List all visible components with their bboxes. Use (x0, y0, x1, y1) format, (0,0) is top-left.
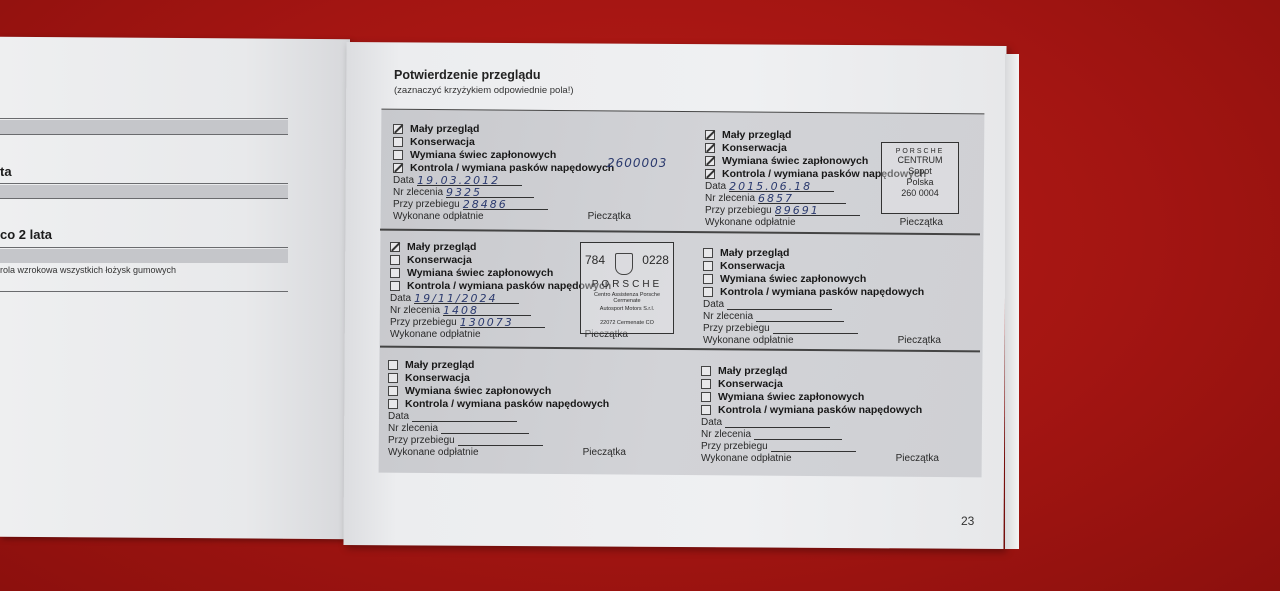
checkbox-row[interactable]: Kontrola / wymiana pasków napędowych (388, 397, 678, 410)
checkbox-label: Mały przegląd (410, 123, 479, 135)
checkbox-label: Konserwacja (407, 254, 472, 266)
checkbox-row[interactable]: Kontrola / wymiana pasków napędowych (703, 285, 993, 298)
checkbox-label: Wymiana świec zapłonowych (720, 273, 866, 285)
order-no-field[interactable]: Nr zlecenia (388, 422, 678, 434)
checkbox[interactable] (393, 124, 403, 134)
checkbox[interactable] (705, 130, 715, 140)
checkbox[interactable] (703, 261, 713, 271)
checkbox[interactable] (701, 366, 711, 376)
checkbox-label: Wymiana świec zapłonowych (405, 385, 551, 397)
field-value[interactable]: 19.03.2012 (417, 174, 522, 186)
service-entry: Mały przeglądKonserwacjaWymiana świec za… (390, 240, 680, 355)
paid-label: Wykonane odpłatnie (705, 217, 796, 228)
checkbox-label: Konserwacja (718, 378, 783, 390)
stamp-label: Pieczątka (900, 217, 943, 228)
field-value[interactable] (441, 422, 529, 434)
checkbox-row[interactable]: Kontrola / wymiana pasków napędowych (701, 403, 991, 416)
checkbox-row[interactable]: Wymiana świec zapłonowych (388, 384, 678, 397)
field-value[interactable]: 19/11/2024 (414, 292, 519, 304)
field-value[interactable] (771, 440, 856, 452)
dealer-number: 2600003 (607, 156, 667, 170)
field-label: Przy przebiegu (701, 441, 768, 452)
stamp-line: Autosport Motors S.r.l. (581, 306, 673, 312)
checkbox[interactable] (388, 360, 398, 370)
dealer-stamp: 7840228PORSCHECentro Assistenza Porsche … (580, 242, 674, 334)
field-label: Nr zlecenia (701, 429, 751, 440)
field-label: Przy przebiegu (393, 199, 460, 210)
stamp-line: 22072 Cermenate CO (581, 320, 673, 326)
checkbox[interactable] (705, 143, 715, 153)
checkbox-row[interactable]: Konserwacja (703, 259, 993, 272)
field-value[interactable] (727, 298, 832, 310)
field-label: Nr zlecenia (703, 311, 753, 322)
checkbox-row[interactable]: Wymiana świec zapłonowych (701, 390, 991, 403)
checkbox-label: Wymiana świec zapłonowych (410, 149, 556, 161)
field-label: Nr zlecenia (388, 423, 438, 434)
divider (0, 118, 288, 119)
service-entry: Mały przeglądKonserwacjaWymiana świec za… (705, 128, 995, 243)
stamp-line: Centro Assistenza Porsche Cermenate (581, 292, 673, 304)
section-heading: ta (0, 164, 12, 179)
paid-label: Wykonane odpłatnie (701, 453, 792, 464)
stamp-label: Pieczątka (896, 453, 939, 464)
order-no-field[interactable]: Nr zlecenia (701, 428, 991, 440)
checkbox-label: Mały przegląd (407, 241, 476, 253)
checkbox-row[interactable]: Mały przegląd (703, 246, 993, 259)
checkbox[interactable] (393, 137, 403, 147)
field-label: Nr zlecenia (705, 193, 755, 204)
checkbox-label: Konserwacja (410, 136, 475, 148)
stamp-line: 260 0004 (882, 188, 958, 199)
field-value[interactable]: 1408 (443, 304, 531, 316)
page-number: 23 (961, 514, 974, 528)
field-label: Data (701, 417, 722, 428)
footer-labels: Wykonane odpłatniePieczątka (388, 447, 626, 458)
section-heading: co 2 lata (0, 227, 52, 242)
porsche-crest-icon (615, 253, 633, 275)
field-value[interactable] (725, 416, 830, 428)
checkbox-row[interactable]: Konserwacja (701, 377, 991, 390)
field-value[interactable] (412, 410, 517, 422)
field-value[interactable]: 9325 (446, 186, 534, 198)
stamp-line: Sopot (882, 166, 958, 177)
mileage-field[interactable]: Przy przebiegu (703, 322, 993, 334)
date-field[interactable]: Data (703, 298, 993, 310)
checkbox[interactable] (703, 287, 713, 297)
checkbox[interactable] (393, 150, 403, 160)
checkbox-label: Konserwacja (722, 142, 787, 154)
mileage-field[interactable]: Przy przebiegu (701, 440, 991, 452)
divider (0, 247, 288, 248)
checkbox[interactable] (390, 242, 400, 252)
table-band (0, 185, 288, 199)
checkbox-row[interactable]: Konserwacja (388, 371, 678, 384)
service-entry: Mały przeglądKonserwacjaWymiana świec za… (701, 364, 991, 479)
field-value[interactable] (756, 310, 844, 322)
paid-label: Wykonane odpłatnie (703, 335, 794, 346)
service-entry: Mały przeglądKonserwacjaWymiana świec za… (388, 358, 678, 473)
checkbox-label: Kontrola / wymiana pasków napędowych (718, 404, 922, 416)
field-value[interactable] (458, 434, 543, 446)
order-no-field[interactable]: Nr zlecenia (703, 310, 993, 322)
checkbox-row[interactable]: Mały przegląd (388, 358, 678, 371)
page-title: Potwierdzenie przeglądu (394, 68, 541, 82)
checkbox-label: Wymiana świec zapłonowych (722, 155, 868, 167)
field-label: Nr zlecenia (390, 305, 440, 316)
checkbox[interactable] (388, 386, 398, 396)
field-value[interactable]: 28486 (463, 198, 548, 210)
checkbox[interactable] (390, 281, 400, 291)
checkbox-row[interactable]: Wymiana świec zapłonowych (703, 272, 993, 285)
checkbox[interactable] (388, 373, 398, 383)
mileage-field[interactable]: Przy przebiegu (388, 434, 678, 446)
checkbox-row[interactable]: Mały przegląd (393, 122, 683, 135)
stamp-label: Pieczątka (898, 335, 941, 346)
field-value[interactable]: 6857 (758, 192, 846, 204)
date-field[interactable]: Data19.03.2012 (393, 174, 683, 186)
footer-labels: Wykonane odpłatniePieczątka (705, 217, 943, 228)
checkbox-label: Mały przegląd (718, 365, 787, 377)
page-edge (1005, 54, 1019, 549)
left-page (0, 37, 350, 539)
checkbox-label: Kontrola / wymiana pasków napędowych (410, 162, 614, 174)
paid-label: Wykonane odpłatnie (388, 447, 479, 458)
date-field[interactable]: Data (388, 410, 678, 422)
footer-labels: Wykonane odpłatniePieczątka (393, 211, 631, 222)
stamp-line: CENTRUM (882, 155, 958, 166)
field-label: Data (705, 181, 726, 192)
service-entry: Mały przeglądKonserwacjaWymiana świec za… (393, 122, 683, 237)
divider (0, 198, 288, 199)
checkbox[interactable] (390, 268, 400, 278)
field-value[interactable]: 89691 (775, 204, 860, 216)
footer-labels: Wykonane odpłatniePieczątka (703, 335, 941, 346)
paid-label: Wykonane odpłatnie (393, 211, 484, 222)
checkbox-label: Kontrola / wymiana pasków napędowych (720, 286, 924, 298)
stamp-line: Polska (882, 177, 958, 188)
checkbox[interactable] (701, 379, 711, 389)
checkbox[interactable] (705, 169, 715, 179)
service-entry: Mały przeglądKonserwacjaWymiana świec za… (703, 246, 993, 361)
checkbox-row[interactable]: Mały przegląd (705, 128, 995, 141)
field-label: Data (390, 293, 411, 304)
checkbox-label: Mały przegląd (405, 359, 474, 371)
divider (0, 183, 288, 184)
paid-label: Wykonane odpłatnie (390, 329, 481, 340)
field-label: Przy przebiegu (705, 205, 772, 216)
checkbox[interactable] (393, 163, 403, 173)
checkbox-label: Konserwacja (720, 260, 785, 272)
page-subtitle: (zaznaczyć krzyżykiem odpowiednie pola!) (394, 85, 574, 96)
checkbox-row[interactable]: Konserwacja (393, 135, 683, 148)
stamp-codes: 7840228 (581, 243, 673, 275)
order-no-field[interactable]: Nr zlecenia9325 (393, 186, 683, 198)
field-label: Przy przebiegu (390, 317, 457, 328)
date-field[interactable]: Data (701, 416, 991, 428)
field-label: Przy przebiegu (388, 435, 455, 446)
field-label: Data (393, 175, 414, 186)
dealer-stamp: PORSCHECENTRUMSopotPolska260 0004 (881, 142, 959, 214)
divider (0, 291, 288, 292)
checkbox-label: Wymiana świec zapłonowych (407, 267, 553, 279)
checkbox-row[interactable]: Mały przegląd (701, 364, 991, 377)
divider (0, 134, 288, 135)
field-value[interactable]: 130073 (460, 316, 545, 328)
field-label: Data (388, 411, 409, 422)
checkbox[interactable] (388, 399, 398, 409)
checkbox[interactable] (705, 156, 715, 166)
stamp-label: Pieczątka (588, 211, 631, 222)
field-label: Nr zlecenia (393, 187, 443, 198)
table-band (0, 249, 288, 263)
stamp-brand: PORSCHE (581, 279, 673, 290)
mileage-field[interactable]: Przy przebiegu28486 (393, 198, 683, 210)
checkbox[interactable] (703, 274, 713, 284)
field-value[interactable] (754, 428, 842, 440)
table-band (0, 120, 288, 134)
row-text: rola wzrokowa wszystkich łożysk gumowych (0, 265, 176, 275)
checkbox[interactable] (701, 405, 711, 415)
field-label: Przy przebiegu (703, 323, 770, 334)
footer-labels: Wykonane odpłatniePieczątka (701, 453, 939, 464)
checkbox-label: Mały przegląd (722, 129, 791, 141)
field-value[interactable] (773, 322, 858, 334)
field-label: Data (703, 299, 724, 310)
checkbox-label: Mały przegląd (720, 247, 789, 259)
checkbox[interactable] (390, 255, 400, 265)
checkbox[interactable] (701, 392, 711, 402)
checkbox-label: Konserwacja (405, 372, 470, 384)
stamp-brand: PORSCHE (882, 148, 958, 155)
stamp-label: Pieczątka (583, 447, 626, 458)
field-value[interactable]: 2015.06.18 (729, 180, 834, 192)
checkbox-label: Wymiana świec zapłonowych (718, 391, 864, 403)
checkbox[interactable] (703, 248, 713, 258)
checkbox-label: Kontrola / wymiana pasków napędowych (405, 398, 609, 410)
